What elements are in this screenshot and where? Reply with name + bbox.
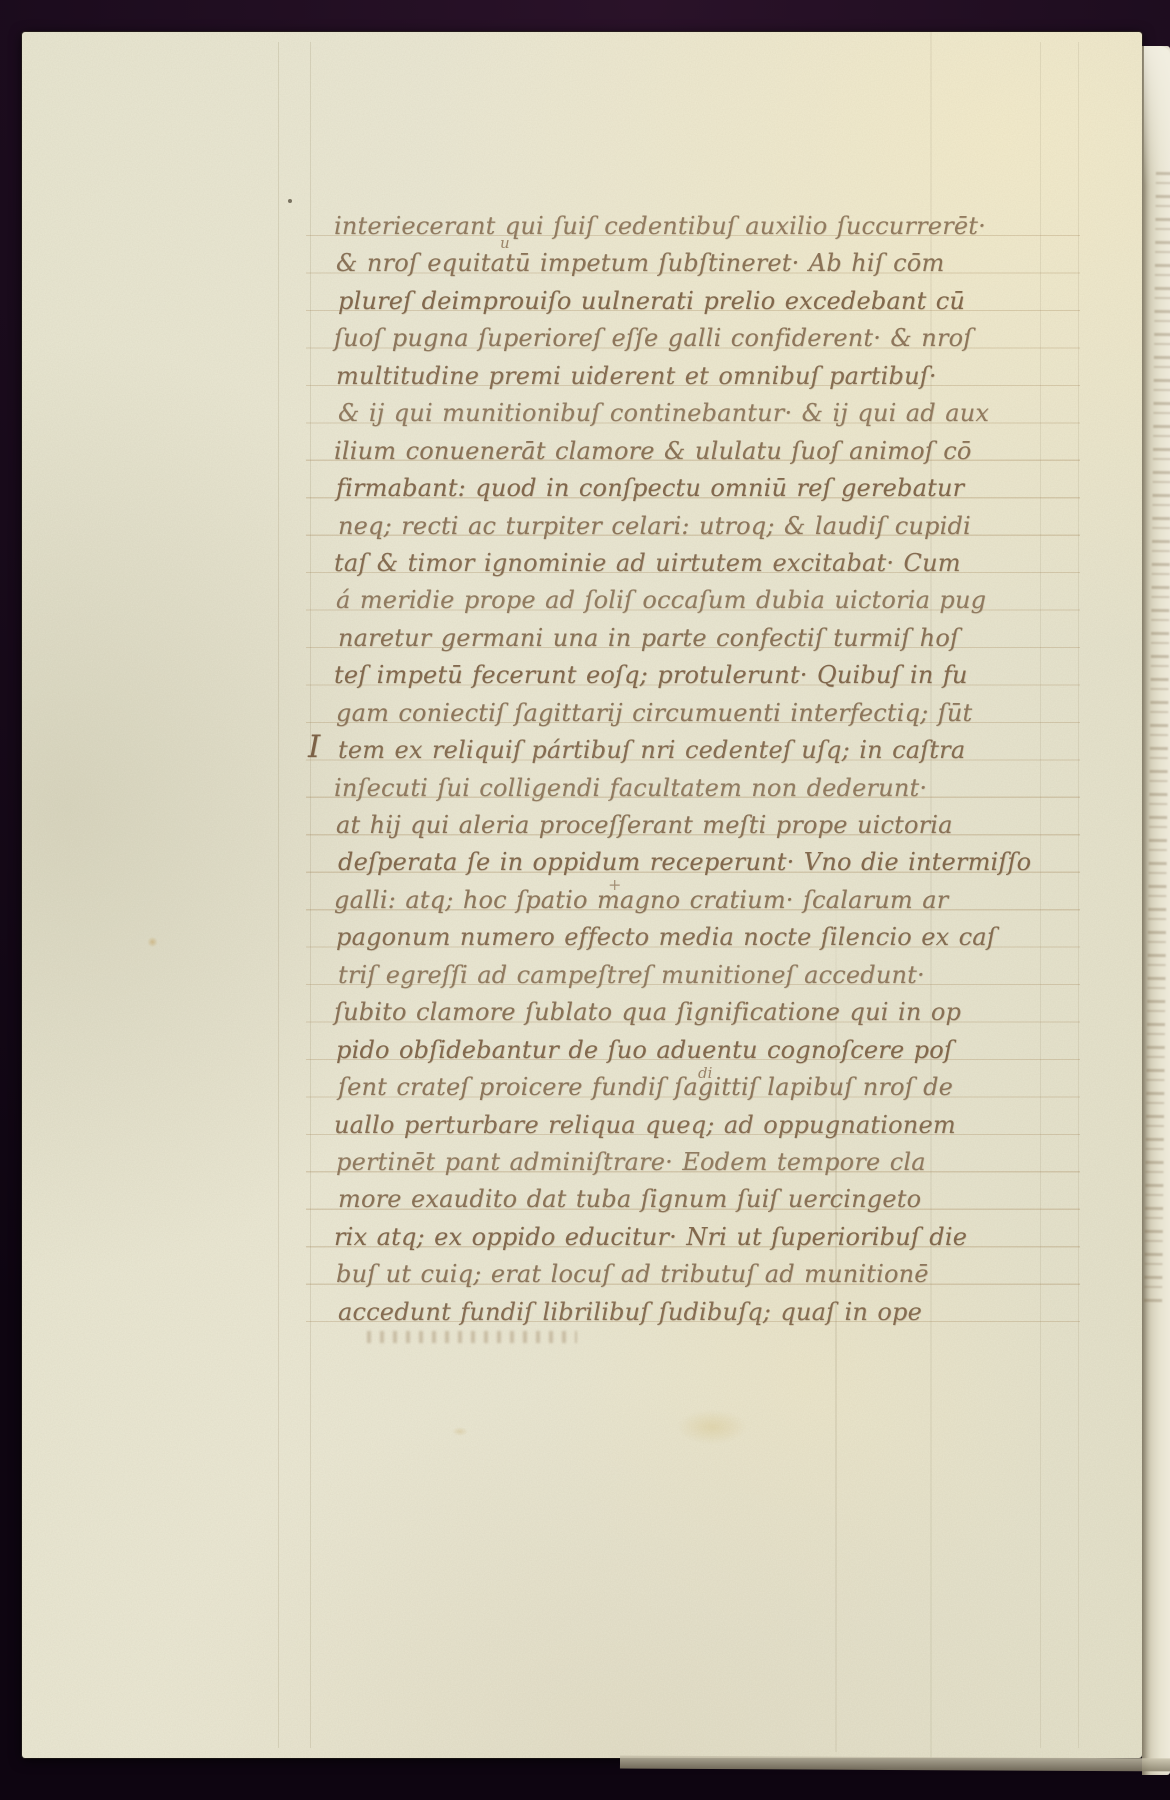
parchment-page: interiecerant qui ſuiſ cedentibuſ auxili… bbox=[22, 32, 1142, 1758]
text-line: ſubito clamore ſublato qua ſignification… bbox=[334, 994, 1034, 1031]
text-line: pagonum numero effecto media nocte ſilen… bbox=[336, 919, 1036, 956]
text-line: pido obſidebantur de ſuo aduentu cognoſc… bbox=[336, 1032, 1036, 1069]
text-line: at hij qui aleria proceſſerant meſti pro… bbox=[336, 807, 1036, 844]
stain bbox=[288, 199, 292, 203]
text-line: interiecerant qui ſuiſ cedentibuſ auxili… bbox=[334, 208, 1034, 245]
text-line: triſ egreſſi ad campeſtreſ munitioneſ ac… bbox=[338, 957, 1038, 994]
interlinear-correction: di bbox=[698, 1066, 712, 1081]
text-line: naretur germani una in parte confectiſ t… bbox=[338, 620, 1038, 657]
text-block: interiecerant qui ſuiſ cedentibuſ auxili… bbox=[336, 208, 1036, 1331]
text-line: plureſ deimprouiſo uulnerati prelio exce… bbox=[338, 283, 1038, 320]
text-line: teſ impetū fecerunt eoſq; protulerunt· Q… bbox=[334, 657, 1034, 694]
text-line: deſperata ſe in oppidum receperunt· Vno … bbox=[338, 844, 1038, 881]
manuscript-photo: { "scene": { "description": "Photograph … bbox=[0, 0, 1170, 1800]
text-line: á meridie prope ad ſoliſ occaſum dubia u… bbox=[336, 582, 1036, 619]
text-line: tem ex reliquiſ pártibuſ nri cedenteſ uſ… bbox=[338, 732, 1038, 769]
text-line: pertinēt pant adminiſtrare· Eodem tempor… bbox=[336, 1144, 1036, 1181]
text-line: inſecuti ſui colligendi facultatem non d… bbox=[334, 770, 1034, 807]
text-line: accedunt fundiſ librilibuſ ſudibuſq; qua… bbox=[338, 1294, 1038, 1331]
text-line: ſuoſ pugna ſuperioreſ eſſe galli confide… bbox=[334, 320, 1034, 357]
text-line: gam coniectiſ ſagittarij circumuenti int… bbox=[336, 695, 1036, 732]
text-line: rix atq; ex oppido educitur· Nri ut ſupe… bbox=[334, 1219, 1034, 1256]
text-line: firmabant: quod in conſpectu omniū reſ g… bbox=[336, 470, 1036, 507]
insertion-mark: + bbox=[608, 877, 621, 893]
text-line: buſ ut cuiq; erat locuſ ad tributuſ ad m… bbox=[336, 1256, 1036, 1293]
text-line: taſ & timor ignominie ad uirtutem excita… bbox=[334, 545, 1034, 582]
stain bbox=[677, 1410, 747, 1444]
text-line: ilium conuenerāt clamore & ululatu ſuoſ … bbox=[334, 433, 1034, 470]
text-line: more exaudito dat tuba ſignum ſuiſ uerci… bbox=[338, 1181, 1038, 1218]
interlinear-correction: u bbox=[500, 236, 510, 251]
text-line: & nroſ equitatū impetum ſubſtineret· Ab … bbox=[336, 245, 1036, 282]
text-line: neq; recti ac turpiter celari: utroq; & … bbox=[338, 508, 1038, 545]
text-line: ſent crateſ proicere fundiſ ſagittiſ lap… bbox=[338, 1069, 1038, 1106]
ruling-line-vertical bbox=[278, 42, 279, 1748]
text-line: uallo perturbare reliqua queq; ad oppugn… bbox=[334, 1107, 1034, 1144]
stain bbox=[452, 1427, 468, 1436]
ink-offset-marks bbox=[367, 1331, 577, 1343]
text-line: multitudine premi uiderent et omnibuſ pa… bbox=[336, 358, 1036, 395]
text-line: & ij qui munitionibuſ continebantur· & i… bbox=[338, 395, 1038, 432]
stain bbox=[147, 937, 158, 947]
next-folio-edge-highlight bbox=[1144, 46, 1170, 186]
page-stack-bottom-edge bbox=[620, 1756, 1170, 1772]
text-line: galli: atq; hoc ſpatio magno cratium· ſc… bbox=[334, 882, 1034, 919]
marginal-initial: I bbox=[308, 732, 320, 763]
